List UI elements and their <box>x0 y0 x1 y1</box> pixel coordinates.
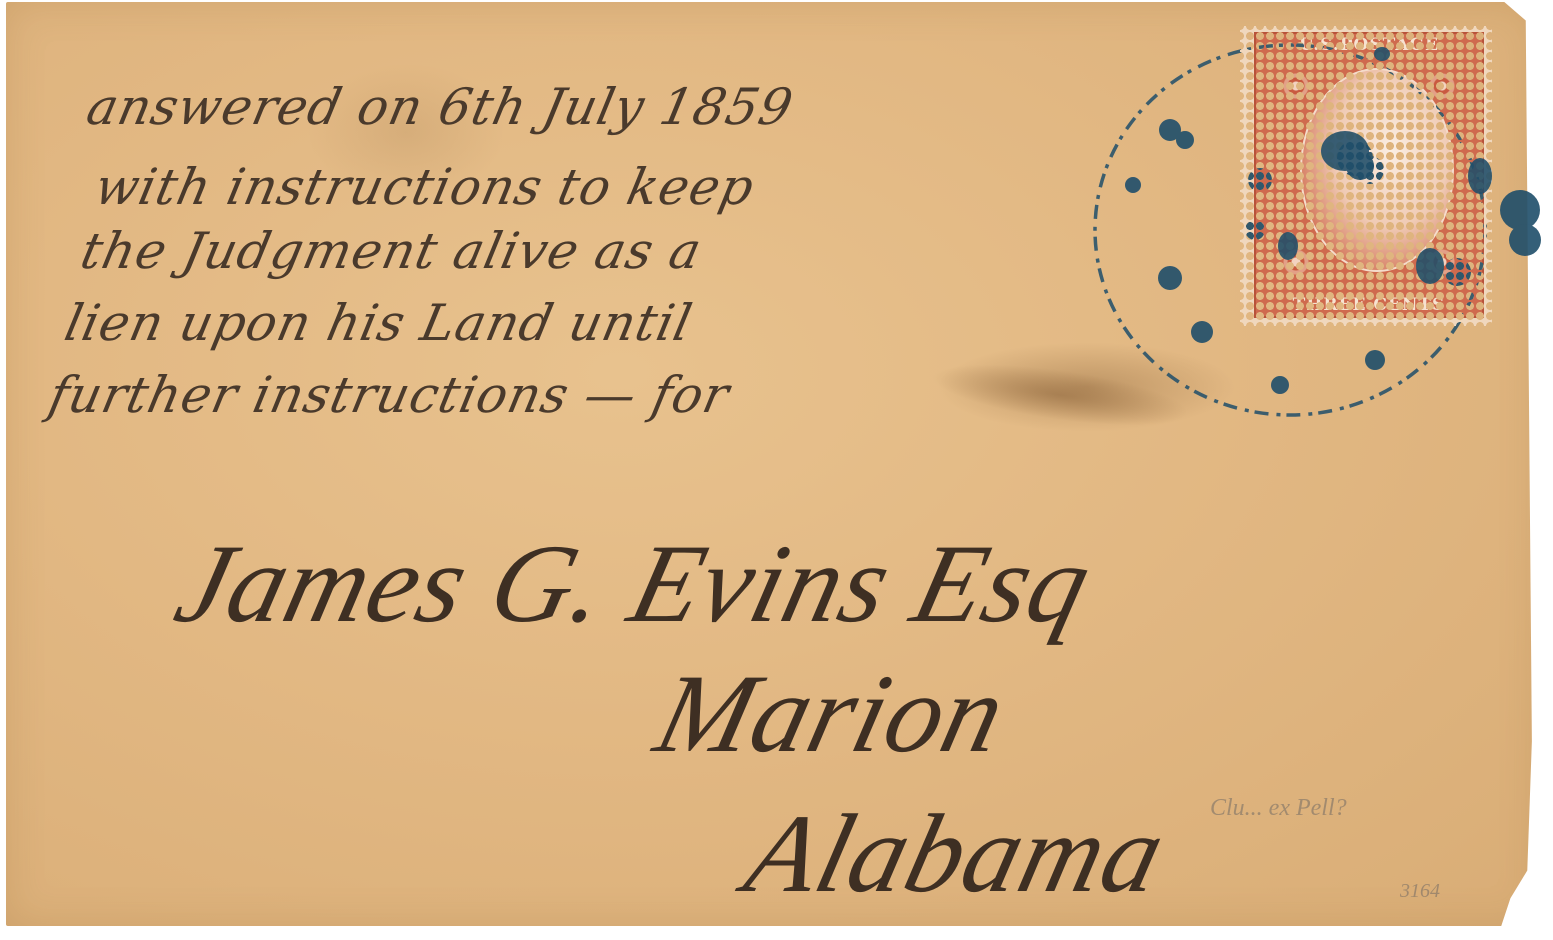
address-state: Alabama <box>734 790 1178 919</box>
docket-line-1: answered on 6th July 1859 <box>82 78 799 136</box>
docket-line-5: further instructions — for <box>44 366 735 424</box>
cancel-ink-icon <box>1240 26 1492 326</box>
address-city: Marion <box>644 650 1018 779</box>
address-name: James G. Evins Esq <box>164 520 1104 649</box>
docket-line-2: with instructions to keep <box>90 158 760 216</box>
pencil-number: 3164 <box>1400 880 1440 903</box>
docket-line-3: the Judgment alive as a <box>76 222 707 280</box>
pencil-note: Clu... ex Pell? <box>1210 795 1347 822</box>
docket-line-4: lien upon his Land until <box>60 294 698 352</box>
